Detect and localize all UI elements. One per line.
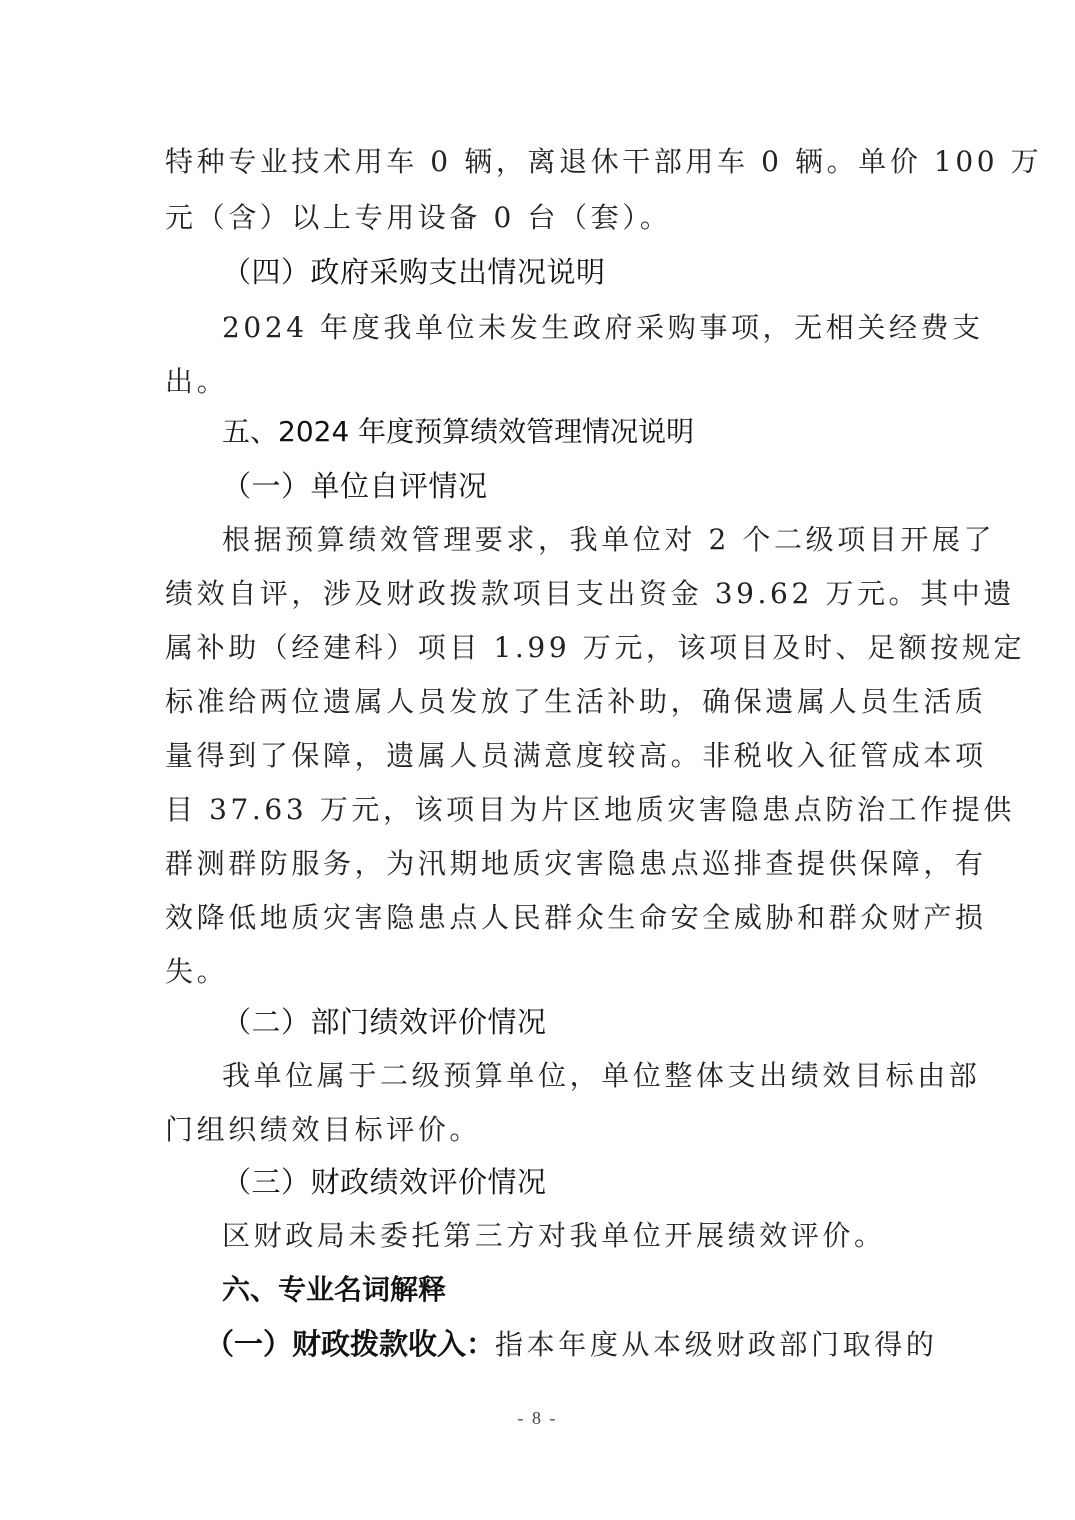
body-text-line: 根据预算绩效管理要求，我单位对 2 个二级项目开展了 — [222, 522, 915, 558]
body-text-line: 元（含）以上专用设备 0 台（套）。 — [165, 200, 915, 236]
body-text-line: 我单位属于二级预算单位，单位整体支出绩效目标由部 — [222, 1058, 915, 1094]
section-heading-department-evaluation: （二）部门绩效评价情况 — [222, 1004, 547, 1040]
body-text-line: 绩效自评，涉及财政拨款项目支出资金 39.62 万元。其中遗 — [165, 576, 915, 612]
body-text-line: 效降低地质灾害隐患点人民群众生命安全威胁和群众财产损 — [165, 900, 915, 936]
page-number: - 8 - — [0, 1408, 1075, 1429]
body-text-line: 2024 年度我单位未发生政府采购事项，无相关经费支 — [222, 310, 915, 346]
body-text-line: 量得到了保障，遗属人员满意度较高。非税收入征管成本项 — [165, 738, 915, 774]
body-text-line: 失。 — [165, 954, 915, 990]
body-text-line: 出。 — [165, 364, 915, 400]
body-text-line: 群测群防服务，为汛期地质灾害隐患点巡排查提供保障，有 — [165, 846, 915, 882]
term-definition-line: （一）财政拨款收入：指本年度从本级财政部门取得的 — [205, 1326, 937, 1363]
term-label: （一）财政拨款收入： — [205, 1327, 495, 1361]
body-text-line: 门组织绩效目标评价。 — [165, 1112, 915, 1148]
body-text-line: 属补助（经建科）项目 1.99 万元，该项目及时、足额按规定 — [165, 630, 915, 666]
section-heading-finance-evaluation: （三）财政绩效评价情况 — [222, 1164, 547, 1200]
section-heading-performance-management: 五、2024 年度预算绩效管理情况说明 — [222, 414, 694, 450]
section-heading-government-procurement: （四）政府采购支出情况说明 — [222, 254, 606, 290]
section-heading-terminology: 六、专业名词解释 — [222, 1272, 446, 1308]
term-definition: 指本年度从本级财政部门取得的 — [495, 1328, 937, 1361]
body-text-line: 目 37.63 万元，该项目为片区地质灾害隐患点防治工作提供 — [165, 792, 915, 828]
document-page: 特种专业技术用车 0 辆，离退休干部用车 0 辆。单价 100 万 元（含）以上… — [0, 0, 1075, 1520]
section-heading-self-evaluation: （一）单位自评情况 — [222, 468, 488, 504]
body-text-line: 标准给两位遗属人员发放了生活补助，确保遗属人员生活质 — [165, 684, 915, 720]
body-text-line: 特种专业技术用车 0 辆，离退休干部用车 0 辆。单价 100 万 — [165, 144, 915, 180]
body-text-line: 区财政局未委托第三方对我单位开展绩效评价。 — [222, 1218, 915, 1254]
